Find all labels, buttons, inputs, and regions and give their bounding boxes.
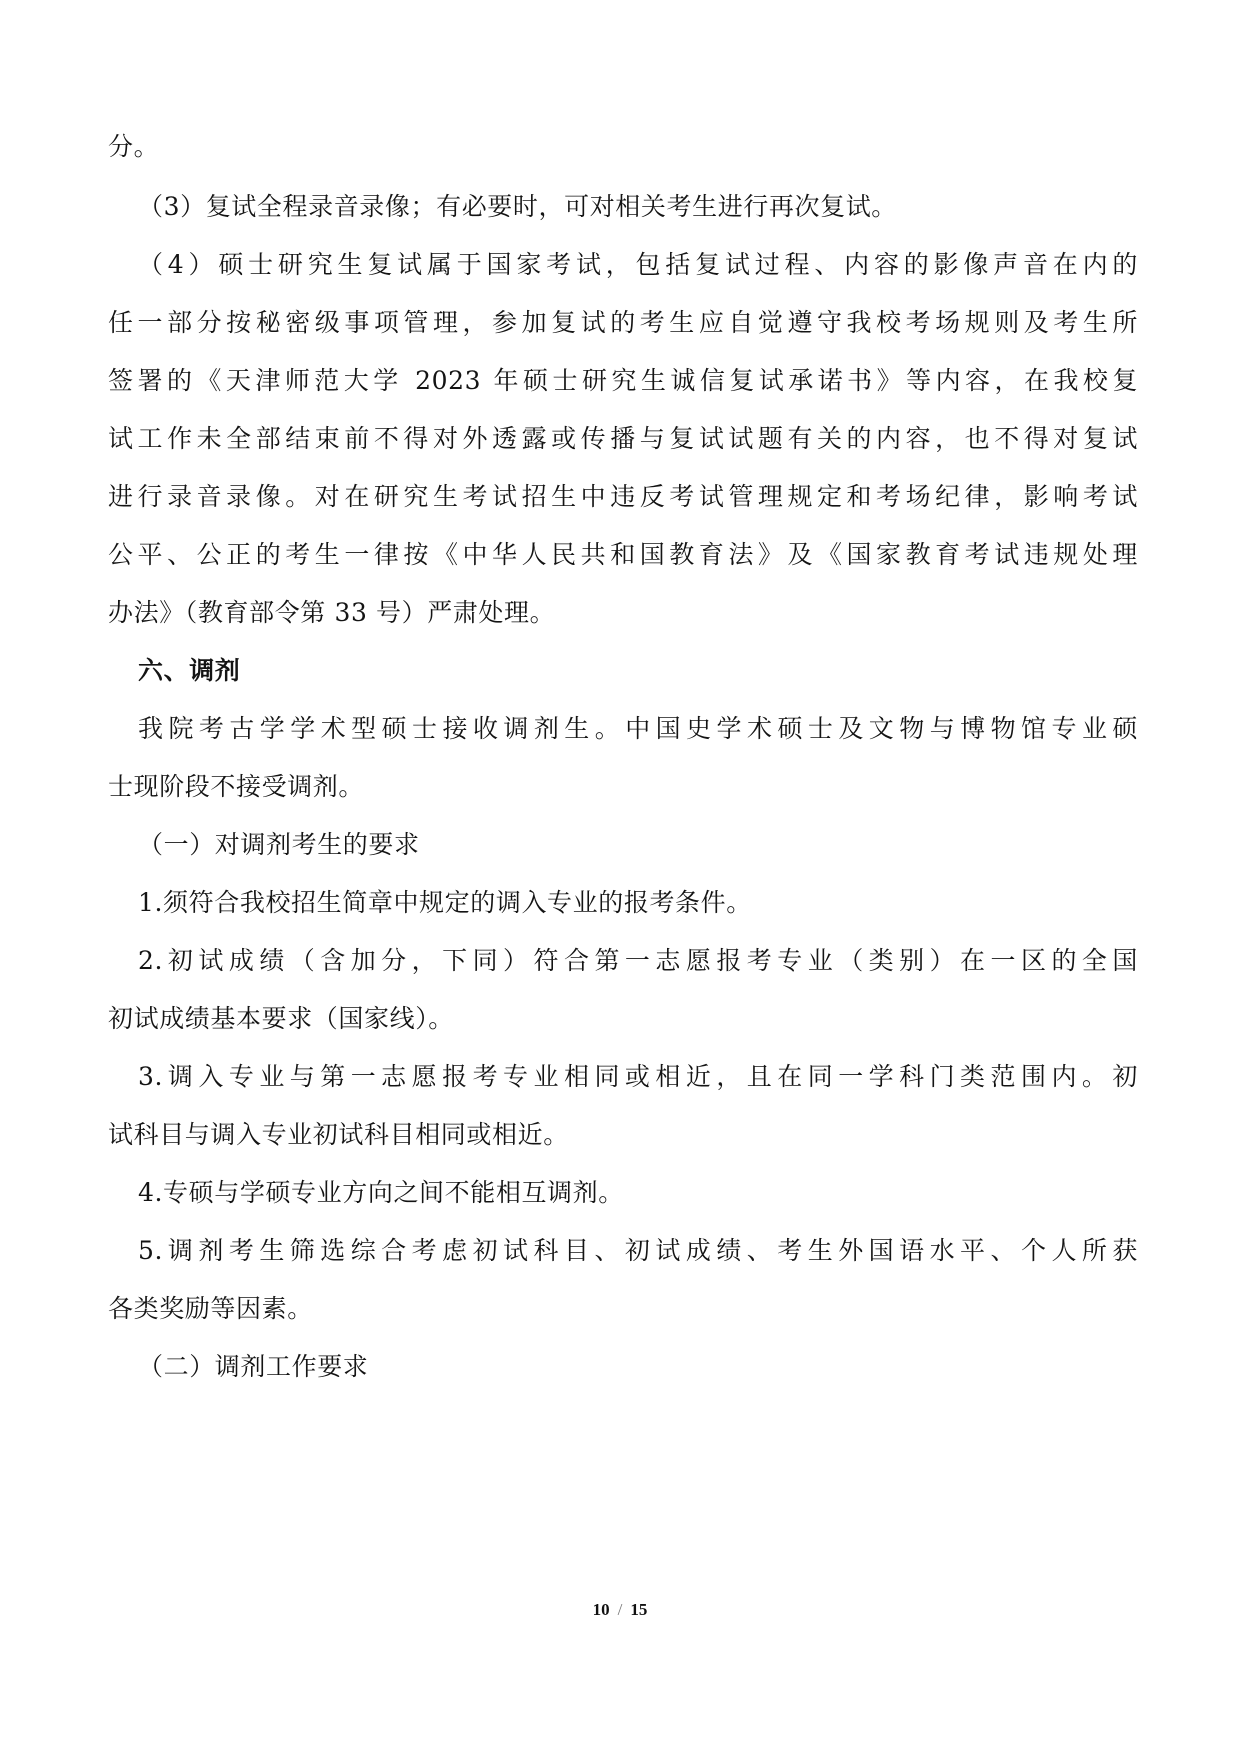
paragraph-line: （4）硕士研究生复试属于国家考试，包括复试过程、内容的影像声音在内的 — [138, 248, 1138, 282]
paragraph-line: 我院考古学学术型硕士接收调剂生。中国史学术硕士及文物与博物馆专业硕 — [138, 712, 1138, 746]
list-item: 5.调剂考生筛选综合考虑初试科目、初试成绩、考生外国语水平、个人所获 — [138, 1234, 1138, 1268]
list-item-continuation: 初试成绩基本要求（国家线）。 — [108, 1002, 454, 1036]
paragraph-line: 公平、公正的考生一律按《中华人民共和国教育法》及《国家教育考试违规处理 — [108, 538, 1138, 572]
list-item: 2.初试成绩（含加分，下同）符合第一志愿报考专业（类别）在一区的全国 — [138, 944, 1138, 978]
list-item: 3.调入专业与第一志愿报考专业相同或相近，且在同一学科门类范围内。初 — [138, 1060, 1138, 1094]
list-item-continuation: 各类奖励等因素。 — [108, 1292, 313, 1326]
paragraph-line: （3）复试全程录音录像；有必要时，可对相关考生进行再次复试。 — [138, 190, 897, 224]
paragraph-line: 分。 — [108, 130, 159, 164]
subsection-heading: （二）调剂工作要求 — [138, 1350, 368, 1384]
paragraph-line: 士现阶段不接受调剂。 — [108, 770, 364, 804]
paragraph-line: 试工作未全部结束前不得对外透露或传播与复试试题有关的内容，也不得对复试 — [108, 422, 1138, 456]
list-item: 1.须符合我校招生简章中规定的调入专业的报考条件。 — [138, 886, 752, 920]
total-pages: 15 — [630, 1600, 647, 1619]
section-heading: 六、调剂 — [138, 654, 240, 688]
subsection-heading: （一）对调剂考生的要求 — [138, 828, 420, 862]
current-page: 10 — [593, 1600, 610, 1619]
list-item: 4.专硕与学硕专业方向之间不能相互调剂。 — [138, 1176, 624, 1210]
paragraph-line: 任一部分按秘密级事项管理，参加复试的考生应自觉遵守我校考场规则及考生所 — [108, 306, 1138, 340]
paragraph-line: 签署的《天津师范大学 2023 年硕士研究生诚信复试承诺书》等内容，在我校复 — [108, 364, 1138, 398]
paragraph-line: 进行录音录像。对在研究生考试招生中违反考试管理规定和考场纪律，影响考试 — [108, 480, 1138, 514]
list-item-continuation: 试科目与调入专业初试科目相同或相近。 — [108, 1118, 569, 1152]
page-separator: / — [618, 1600, 623, 1619]
paragraph-line: 办法》（教育部令第 33 号）严肃处理。 — [108, 596, 555, 630]
page-number: 10/15 — [0, 1600, 1240, 1620]
document-page: 分。 （3）复试全程录音录像；有必要时，可对相关考生进行再次复试。 （4）硕士研… — [0, 0, 1240, 1754]
